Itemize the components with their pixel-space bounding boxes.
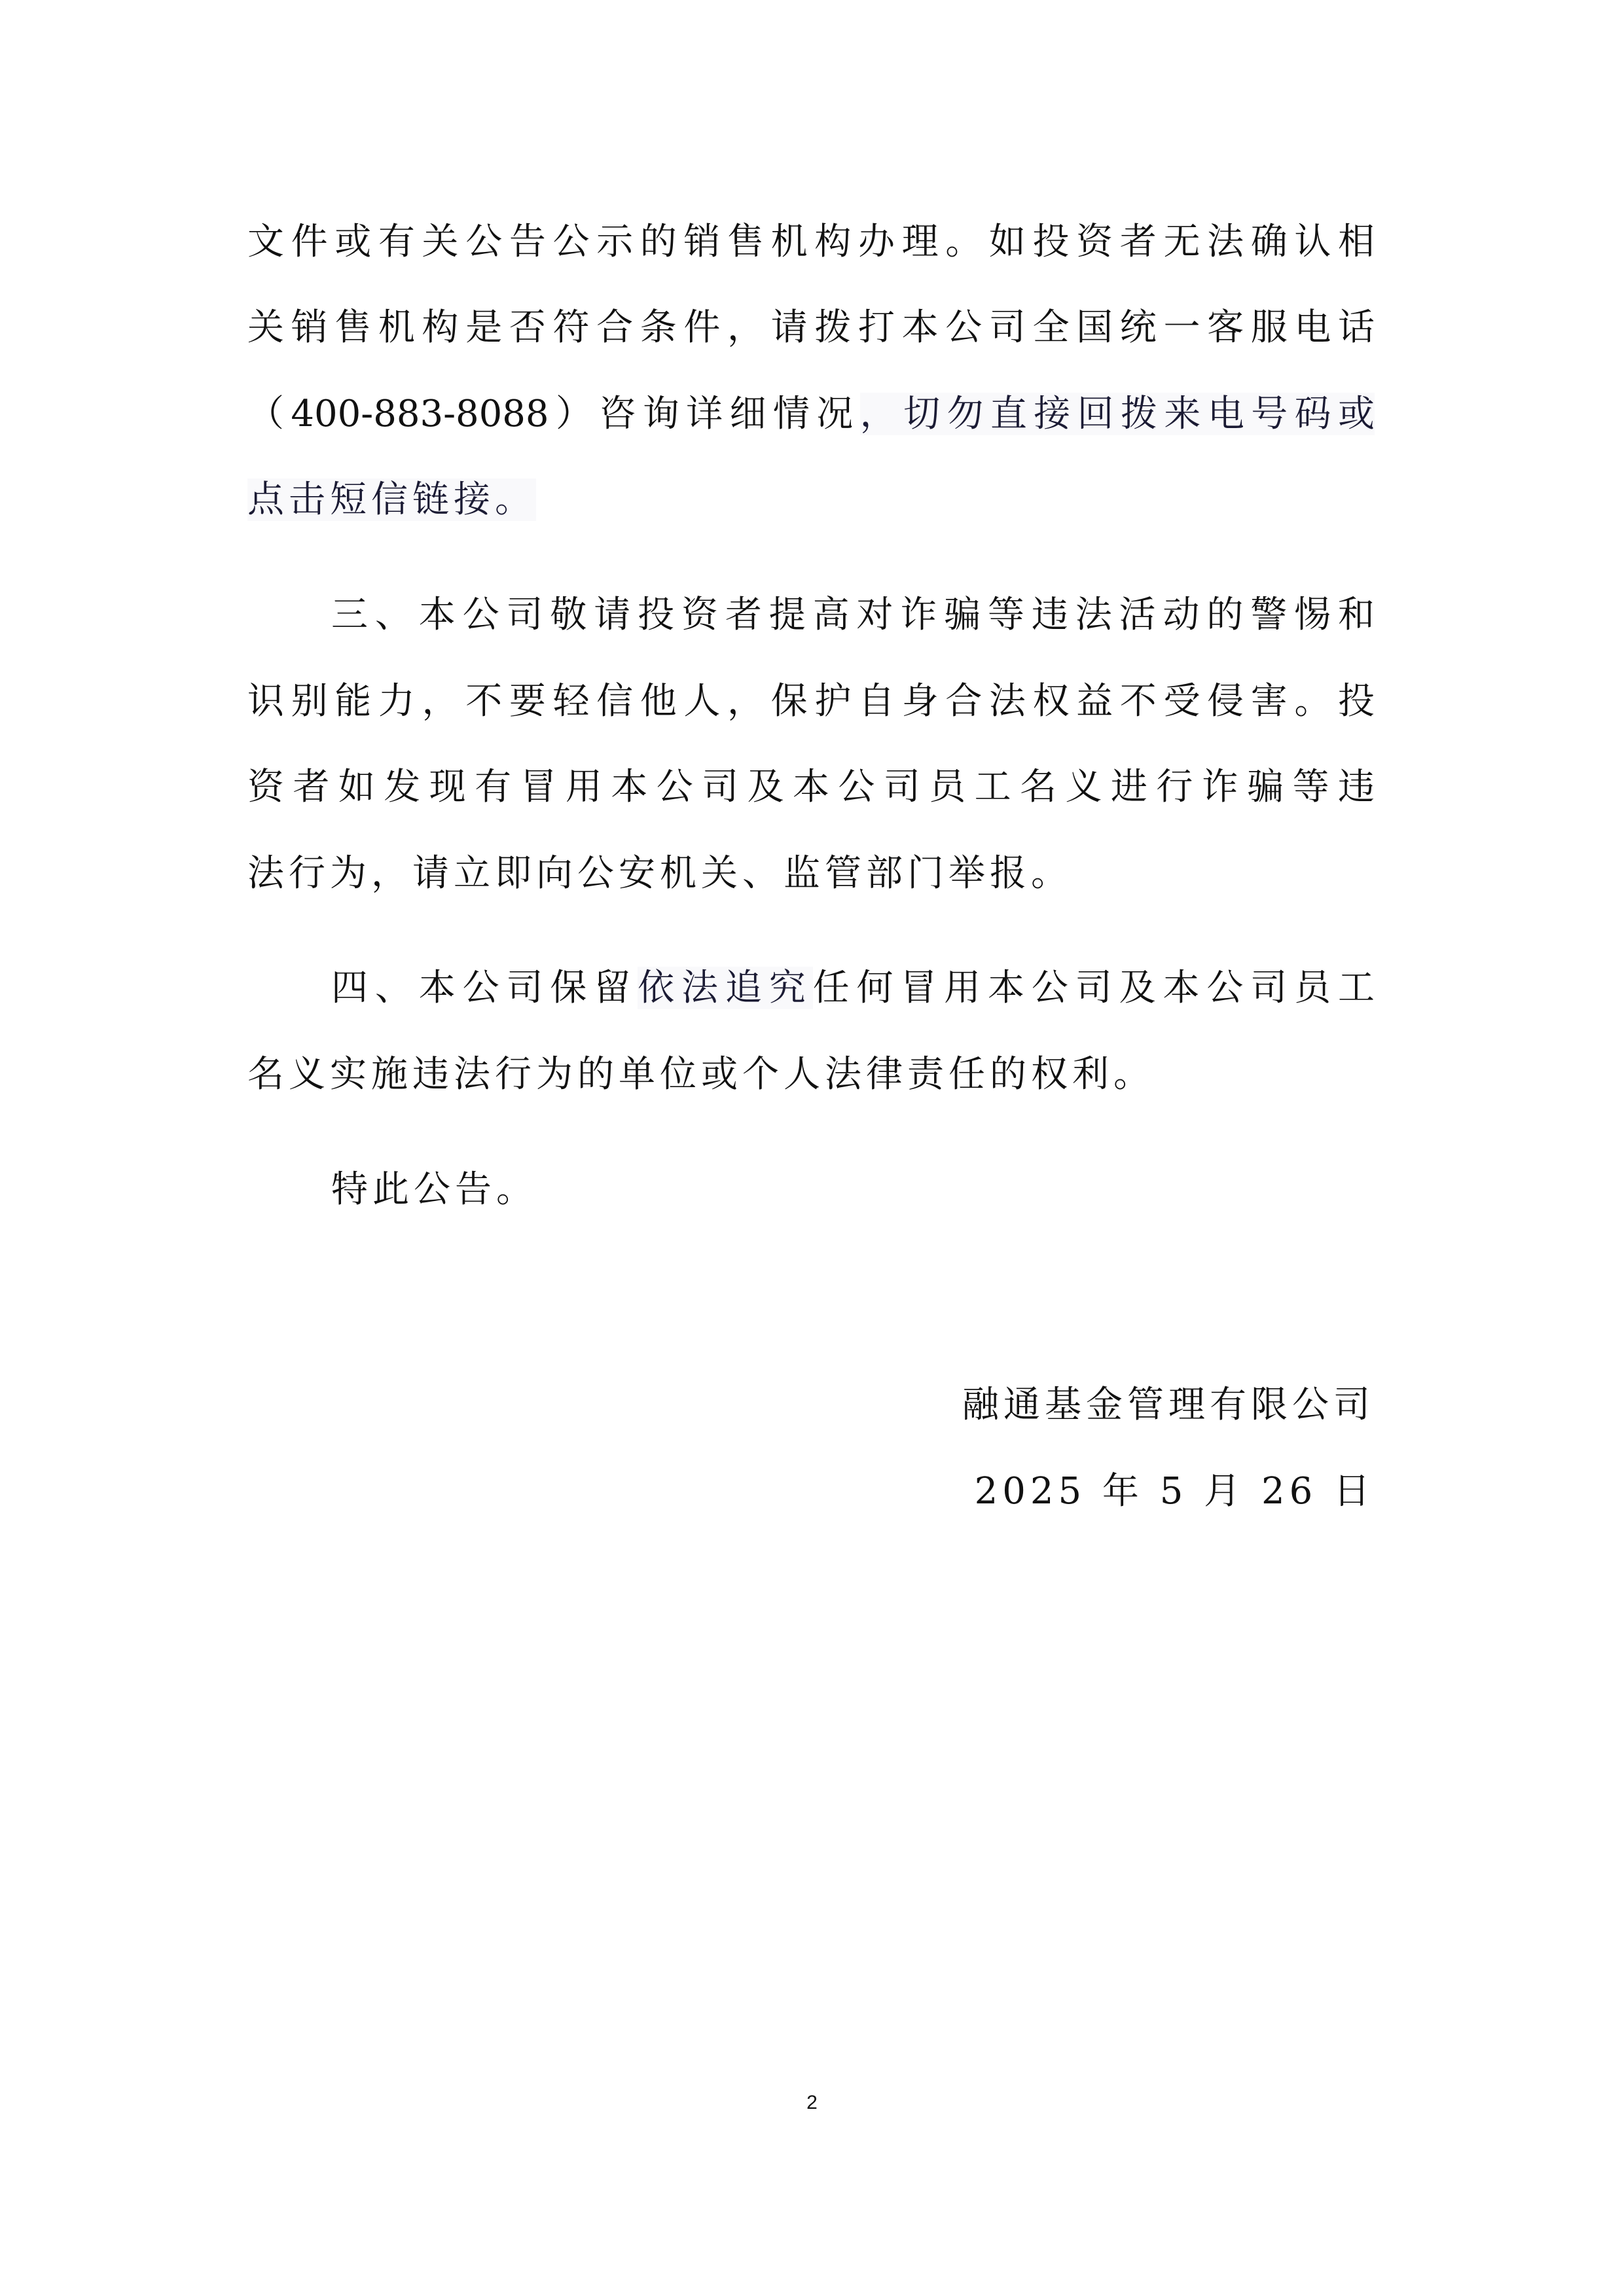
- closing-text: 特此公告。: [331, 1160, 1375, 1219]
- paragraph-line: 法行为，请立即向公安机关、监管部门举报。: [247, 844, 1375, 903]
- paragraph-line: 识别能力，不要轻信他人，保护自身合法权益不受侵害。投: [247, 672, 1375, 731]
- paragraph-line: 资者如发现有冒用本公司及本公司员工名义进行诈骗等违: [247, 758, 1375, 817]
- paragraph-line: 名义实施违法行为的单位或个人法律责任的权利。: [247, 1045, 1375, 1104]
- paragraph-line-phone: （400-883-8088）咨询详细情况，切勿直接回拨来电号码或: [247, 385, 1375, 444]
- signature-date: 2025 年 5 月 26 日: [975, 1462, 1375, 1521]
- highlighted-text: 点击短信链接。: [247, 478, 536, 521]
- page-number: 2: [0, 2092, 1624, 2114]
- document-page: 文件或有关公告公示的销售机构办理。如投资者无法确认相 关销售机构是否符合条件，请…: [0, 0, 1624, 2296]
- paragraph-line: 点击短信链接。: [247, 471, 1375, 529]
- highlighted-text: ，切勿直接回拨来电号码或: [860, 393, 1375, 435]
- paragraph-line: 文件或有关公告公示的销售机构办理。如投资者无法确认相: [247, 213, 1375, 272]
- highlighted-text: 依法追究: [638, 967, 812, 1009]
- phone-number-text: （400-883-8088）咨询详细情况: [247, 393, 860, 435]
- paragraph-line: 四、本公司保留依法追究任何冒用本公司及本公司员工: [331, 959, 1375, 1018]
- paragraph-line: 三、本公司敬请投资者提高对诈骗等违法活动的警惕和: [331, 586, 1375, 645]
- text-segment: 任何冒用本公司及本公司员工: [813, 967, 1375, 1009]
- paragraph-line: 关销售机构是否符合条件，请拨打本公司全国统一客服电话: [247, 298, 1375, 357]
- signature-company: 融通基金管理有限公司: [962, 1376, 1375, 1435]
- text-segment: 四、本公司保留: [331, 967, 638, 1009]
